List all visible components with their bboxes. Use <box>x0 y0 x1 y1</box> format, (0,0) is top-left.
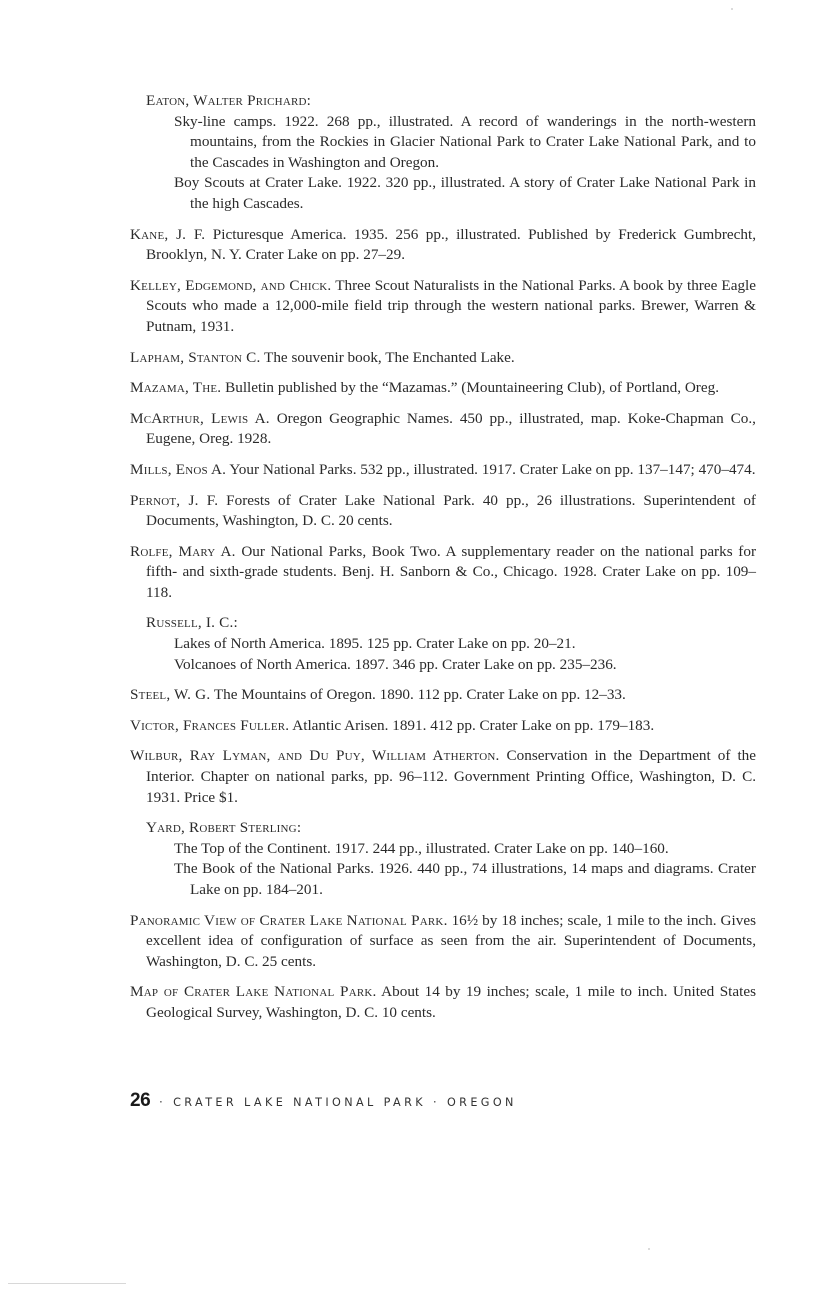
author-name: Kane, J. F. <box>130 226 205 243</box>
footer-state: OREGON <box>447 1096 517 1109</box>
work-item: Volcanoes of North America. 1897. 346 pp… <box>174 655 756 676</box>
footer-separator: · <box>159 1096 166 1109</box>
bibliography-entry-mills: Mills, Enos A. Your National Parks. 532 … <box>130 460 756 481</box>
bibliography-entry-map: Map of Crater Lake National Park. About … <box>130 982 756 1023</box>
footer-park-name: CRATER LAKE NATIONAL PARK <box>173 1096 426 1109</box>
scan-speck <box>731 8 733 10</box>
entry-text: Forests of Crater Lake National Park. 40… <box>146 492 756 530</box>
author-name: Mazama, The. <box>130 379 221 396</box>
bibliography-entry-victor: Victor, Frances Fuller. Atlantic Arisen.… <box>130 716 756 737</box>
work-item: The Book of the National Parks. 1926. 44… <box>174 859 756 900</box>
entry-author-heading: Eaton, Walter Prichard: <box>146 91 756 112</box>
entry-text: Bulletin published by the “Mazamas.” (Mo… <box>221 379 719 396</box>
entry-author-heading: Yard, Robert Sterling: <box>146 818 756 839</box>
author-name: Russell, I. C. <box>146 614 233 631</box>
scan-artifact-line <box>8 1283 126 1284</box>
bibliography-entry-pernot: Pernot, J. F. Forests of Crater Lake Nat… <box>130 491 756 532</box>
bibliography-entry-lapham: Lapham, Stanton C. The souvenir book, Th… <box>130 348 756 369</box>
bibliography-entry-wilbur: Wilbur, Ray Lyman, and Du Puy, William A… <box>130 746 756 808</box>
author-name: Steel, W. G. <box>130 686 210 703</box>
bibliography-entry-mazama: Mazama, The. Bulletin published by the “… <box>130 378 756 399</box>
running-footer: · CRATER LAKE NATIONAL PARK · OREGON <box>159 1096 517 1109</box>
work-item: Boy Scouts at Crater Lake. 1922. 320 pp.… <box>174 173 756 214</box>
author-name: Rolfe, Mary A. <box>130 543 236 560</box>
bibliography-entry-mcarthur: McArthur, Lewis A. Oregon Geographic Nam… <box>130 409 756 450</box>
bibliography-entry-panoramic-view: Panoramic View of Crater Lake National P… <box>130 911 756 973</box>
entry-text: Our National Parks, Book Two. A suppleme… <box>146 543 756 601</box>
entry-author-heading: Russell, I. C.: <box>146 613 756 634</box>
map-title: Panoramic View of Crater Lake National P… <box>130 912 448 929</box>
bibliography-entry-steel: Steel, W. G. The Mountains of Oregon. 18… <box>130 685 756 706</box>
map-title: Map of Crater Lake National Park. <box>130 983 377 1000</box>
work-item: Lakes of North America. 1895. 125 pp. Cr… <box>174 634 756 655</box>
bibliography-entry-kane: Kane, J. F. Picturesque America. 1935. 2… <box>130 225 756 266</box>
entry-text: Atlantic Arisen. 1891. 412 pp. Crater La… <box>289 717 654 734</box>
author-name: Victor, Frances Fuller. <box>130 717 289 734</box>
work-item: Sky-line camps. 1922. 268 pp., illustrat… <box>174 112 756 174</box>
entry-text: The Mountains of Oregon. 1890. 112 pp. C… <box>210 686 625 703</box>
bibliography-column: Eaton, Walter Prichard: Sky-line camps. … <box>130 91 756 1034</box>
author-name: Eaton, Walter Prichard <box>146 92 307 109</box>
author-name: Yard, Robert Sterling <box>146 819 297 836</box>
page-footer: 26 · CRATER LAKE NATIONAL PARK · OREGON <box>130 1090 517 1112</box>
bibliography-entry-eaton: Eaton, Walter Prichard: Sky-line camps. … <box>130 91 756 215</box>
bibliography-entry-russell: Russell, I. C.: Lakes of North America. … <box>130 613 756 675</box>
author-name: Wilbur, Ray Lyman, and Du Puy, William A… <box>130 747 500 764</box>
author-name: Mills, Enos A. <box>130 461 226 478</box>
bibliography-entry-yard: Yard, Robert Sterling: The Top of the Co… <box>130 818 756 900</box>
author-name: Kelley, Edgemond, and Chick. <box>130 277 331 294</box>
entry-text: Picturesque America. 1935. 256 pp., illu… <box>146 226 756 264</box>
bibliography-entry-rolfe: Rolfe, Mary A. Our National Parks, Book … <box>130 542 756 604</box>
page-number: 26 <box>130 1090 150 1112</box>
author-name: Lapham, Stanton C. <box>130 349 261 366</box>
scan-speck <box>648 1248 650 1250</box>
entry-text: The souvenir book, The Enchanted Lake. <box>261 349 515 366</box>
bibliography-entry-kelley: Kelley, Edgemond, and Chick. Three Scout… <box>130 276 756 338</box>
author-name: McArthur, Lewis A. <box>130 410 270 427</box>
entry-text: Your National Parks. 532 pp., illustrate… <box>226 461 755 478</box>
work-item: The Top of the Continent. 1917. 244 pp.,… <box>174 839 756 860</box>
footer-separator: · <box>433 1096 440 1109</box>
author-name: Pernot, J. F. <box>130 492 218 509</box>
